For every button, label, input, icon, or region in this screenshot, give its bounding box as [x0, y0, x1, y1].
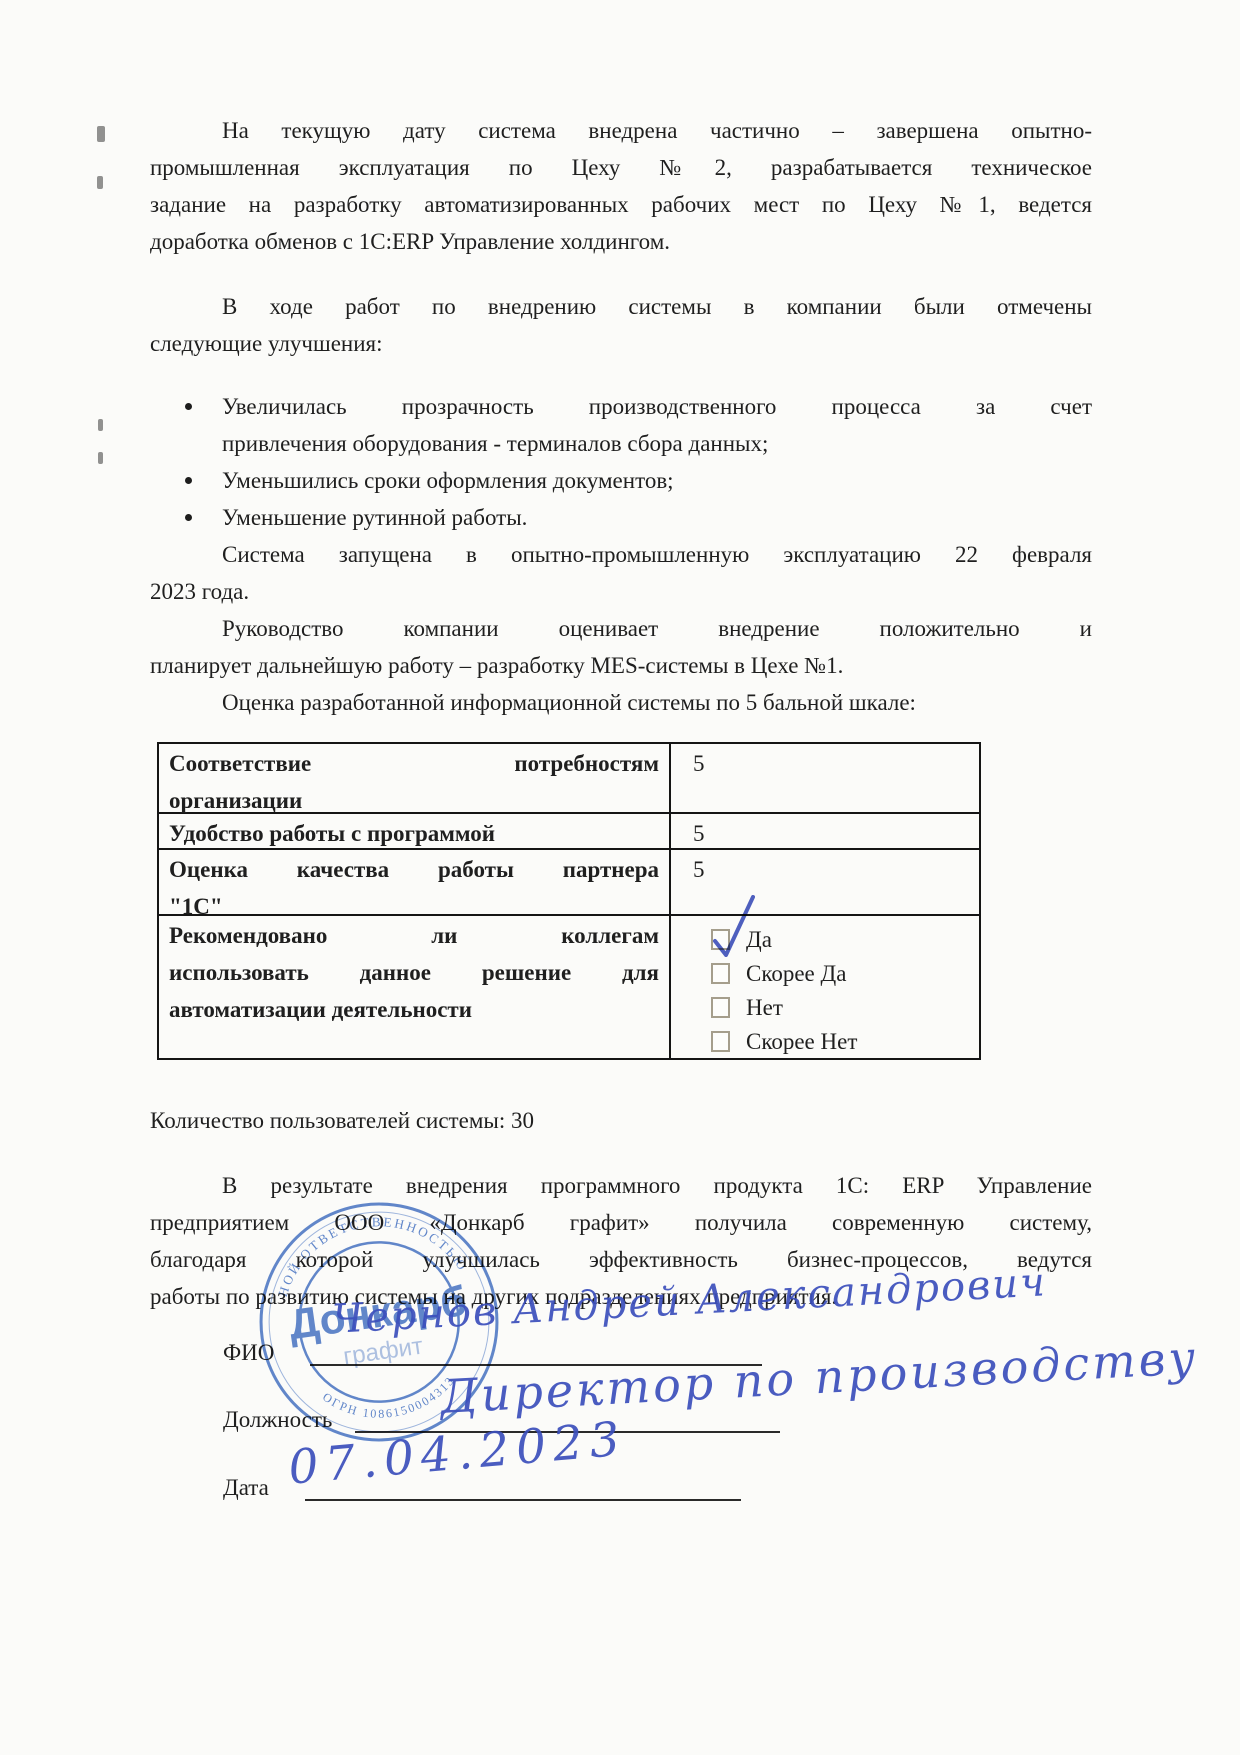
option-rather-no: Скорее Нет — [711, 1024, 979, 1058]
paragraph-management-assessment: Руководство компании оценивает внедрение… — [150, 610, 1092, 684]
text-line: Оценка качества работы партнера — [169, 851, 659, 888]
text-line: 2023 года. — [150, 573, 1092, 610]
paragraph-implementation-status: На текущую дату система внедрена частичн… — [150, 112, 1092, 260]
rating-table: Соответствие потребностям организации 5 … — [157, 742, 981, 1060]
pen-checkmark-icon — [703, 885, 767, 963]
paragraph-launch-date: Система запущена в опытно-промышленную э… — [150, 536, 1092, 610]
text-line: Руководство компании оценивает внедрение… — [150, 610, 1092, 647]
criterion-cell: Оценка качества работы партнера "1С" — [159, 850, 671, 914]
list-item: Увеличилась прозрачность производственно… — [150, 388, 1092, 462]
text-line: Уменьшение рутинной работы. — [222, 499, 1092, 536]
table-row: Рекомендовано ли коллегам использовать д… — [159, 916, 979, 1058]
paragraph-improvements-intro: В ходе работ по внедрению системы в комп… — [150, 288, 1092, 362]
criterion-cell: Рекомендовано ли коллегам использовать д… — [159, 916, 671, 1058]
text-line: Удобство работы с программой — [169, 815, 659, 852]
table-row: Удобство работы с программой 5 — [159, 814, 979, 850]
text-line: Увеличилась прозрачность производственно… — [222, 388, 1092, 425]
text-line: автоматизации деятельности — [169, 991, 659, 1028]
criterion-cell: Соответствие потребностям организации — [159, 744, 671, 812]
bullet-icon — [185, 403, 192, 410]
paragraph-rating-intro: Оценка разработанной информационной сист… — [150, 684, 1092, 721]
users-count-line: Количество пользователей системы: 30 — [150, 1102, 1092, 1139]
score-cell: 5 — [671, 814, 979, 848]
text-line: Система запущена в опытно-промышленную э… — [150, 536, 1092, 573]
option-no: Нет — [711, 990, 979, 1024]
text-line: Рекомендовано ли коллегам — [169, 917, 659, 954]
text-line: привлечения оборудования - терминалов сб… — [222, 425, 1092, 462]
scanned-document-page: На текущую дату система внедрена частичн… — [0, 0, 1240, 1755]
date-label: Дата — [223, 1475, 269, 1500]
list-item: Уменьшились сроки оформления документов; — [150, 462, 1092, 499]
list-item: Уменьшение рутинной работы. — [150, 499, 1092, 536]
text-line: Соответствие потребностям — [169, 745, 659, 782]
bullet-icon — [185, 477, 192, 484]
criterion-cell: Удобство работы с программой — [159, 814, 671, 848]
option-label: Скорее Нет — [746, 1023, 857, 1060]
checkbox-icon — [711, 997, 730, 1018]
text-line: промышленная эксплуатация по Цеху №2, ра… — [150, 149, 1092, 186]
checkbox-icon — [711, 1031, 730, 1052]
text-line: следующие улучшения: — [150, 325, 1092, 362]
date-signature-line — [305, 1499, 741, 1501]
bullet-icon — [185, 514, 192, 521]
text-line: В ходе работ по внедрению системы в комп… — [150, 288, 1092, 325]
text-line: В результате внедрения программного прод… — [150, 1167, 1092, 1204]
option-label: Нет — [746, 989, 783, 1026]
text-line: Уменьшились сроки оформления документов; — [222, 462, 1092, 499]
checkbox-icon — [711, 963, 730, 984]
table-row: Соответствие потребностям организации 5 — [159, 744, 979, 814]
text-line: использовать данное решение для — [169, 954, 659, 991]
scan-artifact — [97, 176, 103, 189]
text-line: задание на разработку автоматизированных… — [150, 186, 1092, 223]
improvements-list: Увеличилась прозрачность производственно… — [150, 388, 1092, 536]
text-line: На текущую дату система внедрена частичн… — [150, 112, 1092, 149]
text-line: планирует дальнейшую работу – разработку… — [150, 647, 1092, 684]
text-line: доработка обменов с 1С:ERP Управление хо… — [150, 223, 1092, 260]
scan-artifact — [98, 419, 103, 431]
scan-artifact — [98, 452, 103, 464]
table-row: Оценка качества работы партнера "1С" 5 — [159, 850, 979, 916]
text-line: Оценка разработанной информационной сист… — [150, 684, 1092, 721]
score-cell: 5 — [671, 744, 979, 812]
scan-artifact — [97, 126, 105, 142]
